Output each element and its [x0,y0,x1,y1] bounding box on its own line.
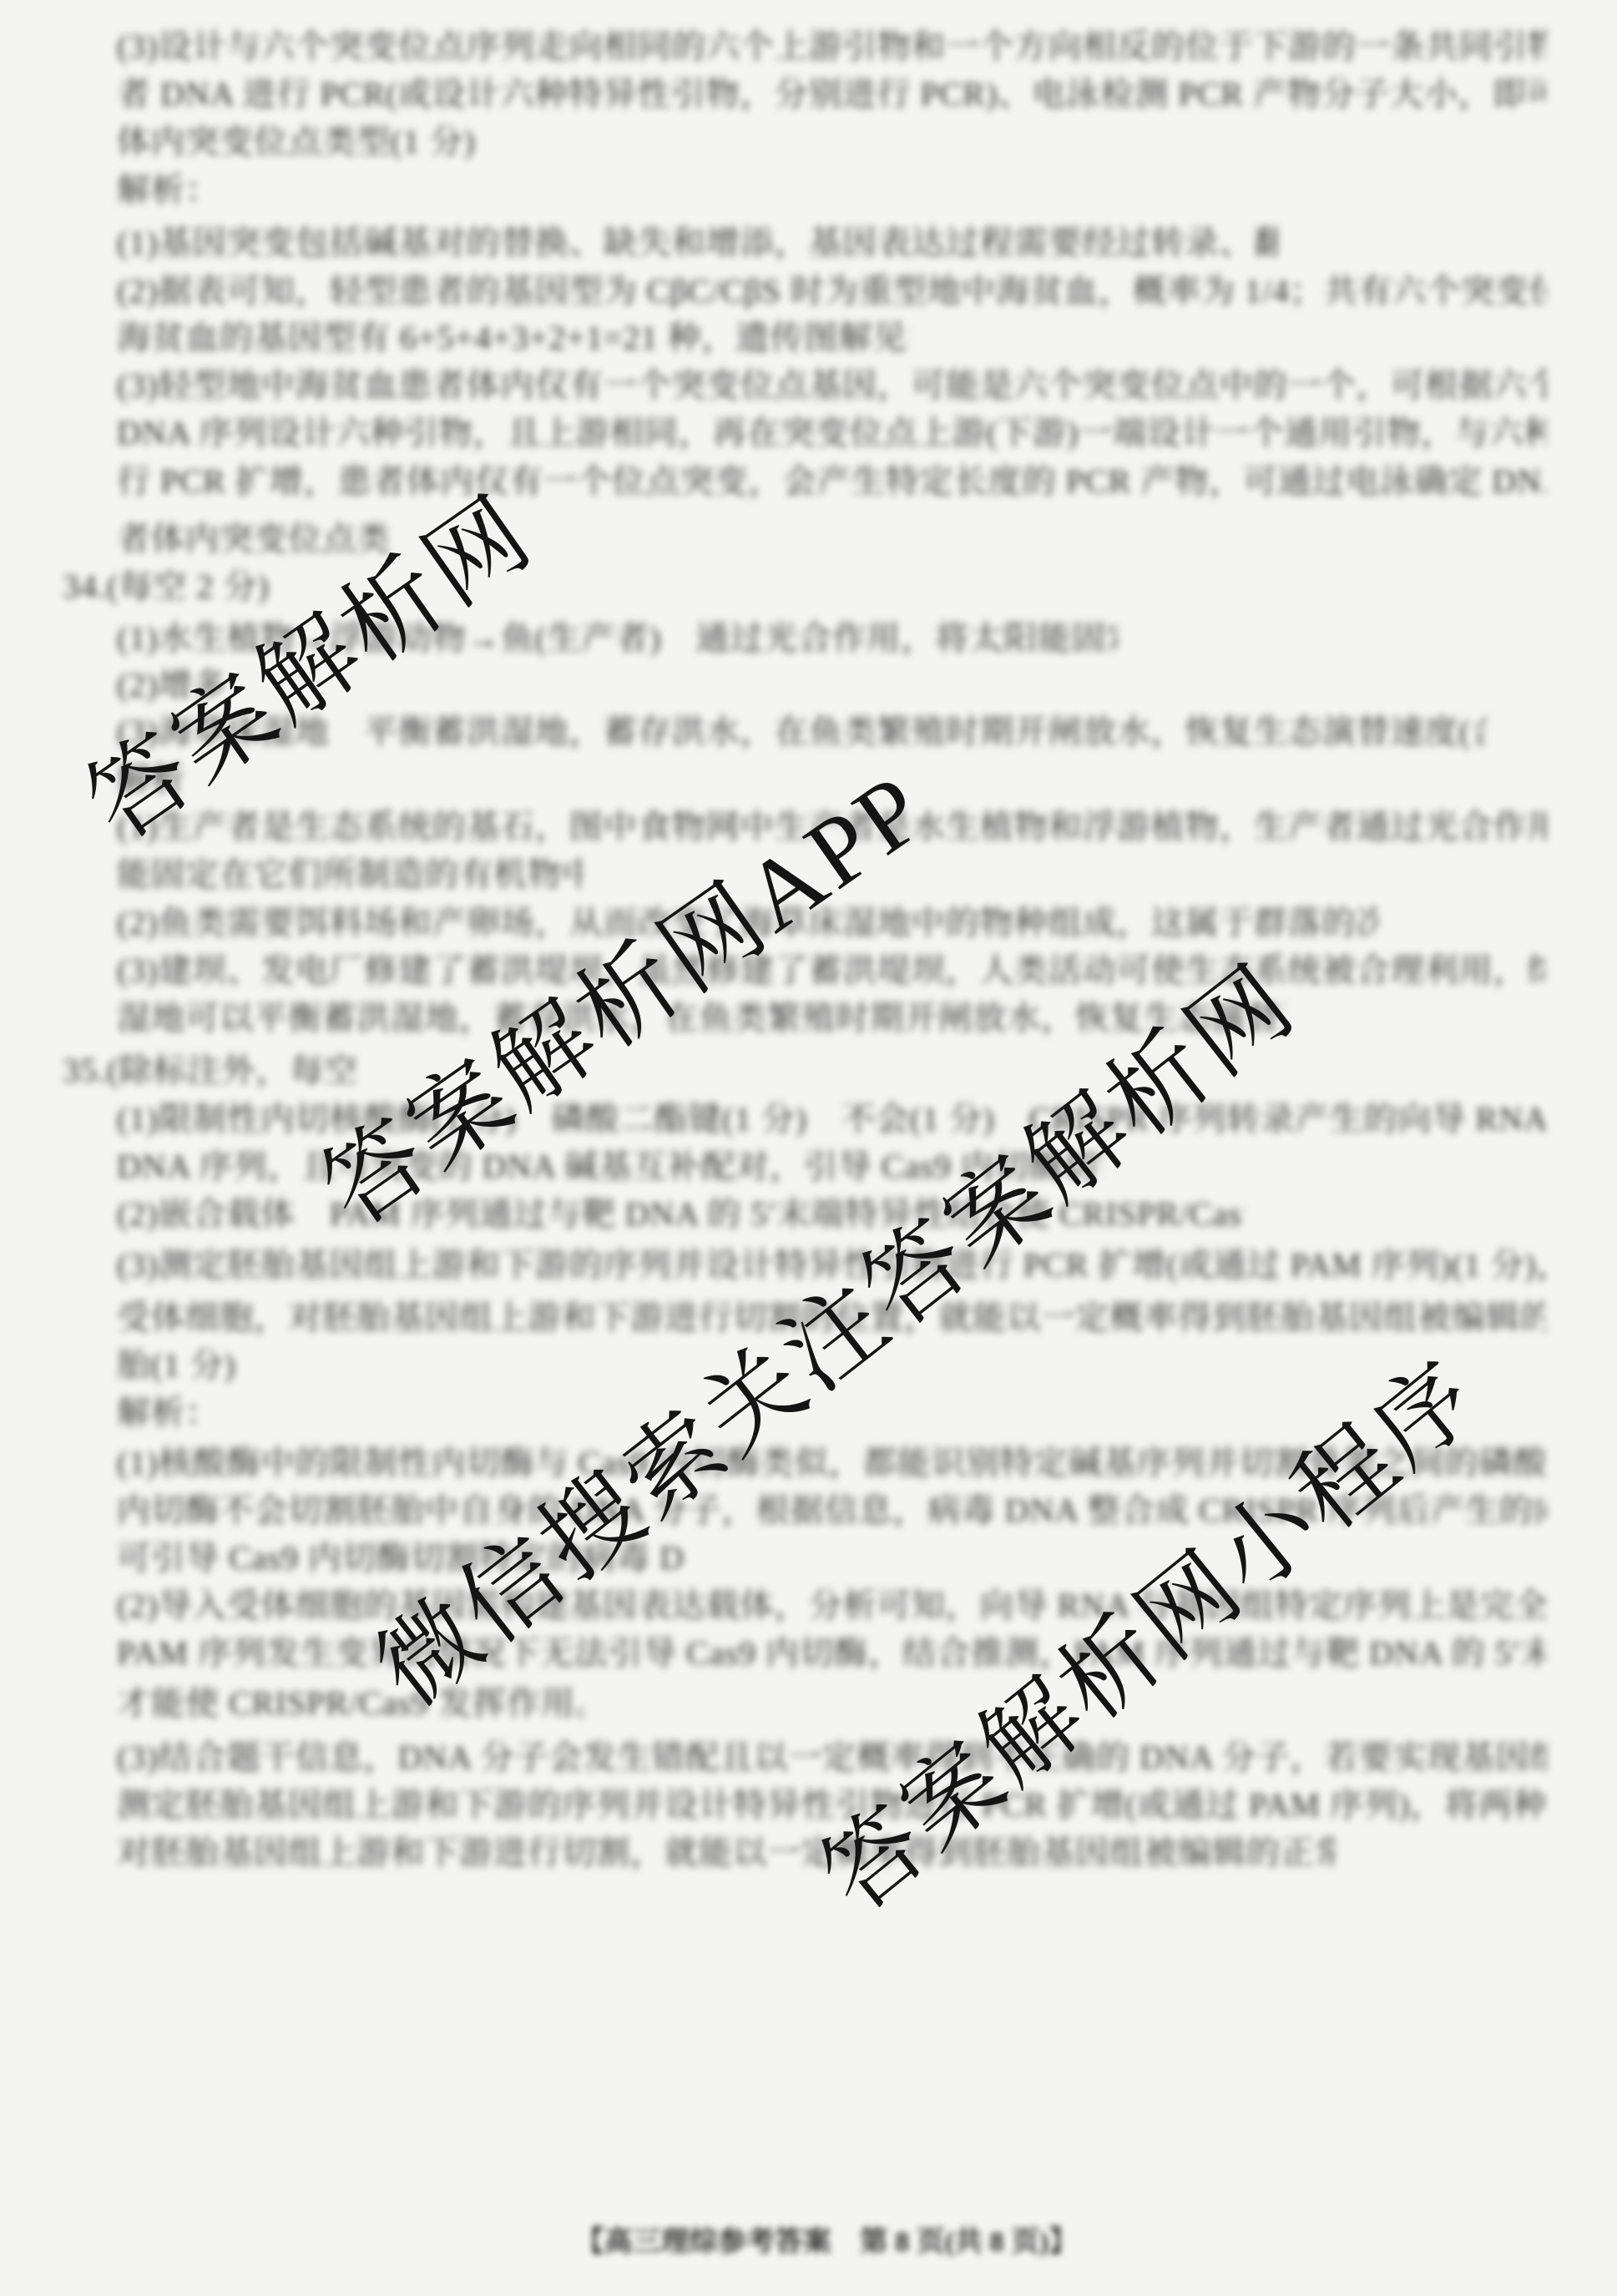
question-number-34: 34.(每空 2 分) [63,564,280,609]
text-line: PAM 序列发生变异的情况下无法引导 Cas9 内切酶，结合推测，PAM 序列通… [117,1631,1546,1676]
text-line: (3)结合题干信息，DNA 分子会发生错配且以一定概率得到不正确的 DNA 分子… [117,1735,1546,1780]
text-line: (2)导入受体细胞的基因需构建基因表达载体，分析可知，向导 RNA 与基因组特定… [117,1583,1546,1628]
text-line: 解析： [117,168,225,213]
page-footer: 【高三理综参考答案 第 8 页(共 8 页)】 [576,2218,1078,2259]
text-line: 才能使 CRISPR/Cas9 发挥作用。 [117,1681,584,1726]
text-line: 胎(1 分) [117,1343,259,1388]
text-line: (3)建坝、发电厂修建了蓄洪堤坝，虽然修建了蓄洪堤坝，人类活动可使生态系统被合理… [117,948,1546,993]
text-line: (3)设计与六个突变位点序列走向相同的六个上游引物和一个方向相反的位于下游的一条… [117,24,1546,69]
text-line: (2)据表可知，轻型患者的基因型为 CβC/CβS 时为重型地中海贫血，概率为 … [117,269,1546,314]
text-line: 者 DNA 进行 PCR(或设计六种特异性引物，分别进行 PCR)、电泳检测 P… [117,72,1546,117]
scanned-answer-page: (3)设计与六个突变位点序列走向相同的六个上游引物和一个方向相反的位于下游的一条… [0,0,1617,2296]
text-line: DNA 序列设计六种引物，且上游相同，再在突变位点上游(下游)一端设计一个通用引… [117,411,1546,456]
text-line: 对胚胎基因组上游和下游进行切割，就能以一定概率得到胚胎基因组被编辑的正常胚胎。 [117,1830,1336,1875]
text-line: (1)基因突变包括碱基对的替换、缺失和增添，基因表达过程需要经过转录、翻译过程。 [117,220,1277,265]
text-line: 解析： [117,1390,225,1436]
text-line: (3)轻型地中海贫血患者体内仅有一个突变位点基因，可能是六个突变位点中的一个，可… [117,363,1546,408]
text-line: 体内突变位点类型(1 分) [117,119,493,164]
text-line: 行 PCR 扩增，患者体内仅有一个位点突变，会产生特定长度的 PCR 产物，可通… [117,459,1546,504]
text-line: 海贫血的基因型有 6+5+4+3+2+1=21 种，遗传图解见答案。 [117,315,910,361]
text-line: 能固定在它们所制造的有机物中。 [117,852,584,897]
question-number-35: 35.(除标注外，每空 2 分) [63,1048,355,1093]
